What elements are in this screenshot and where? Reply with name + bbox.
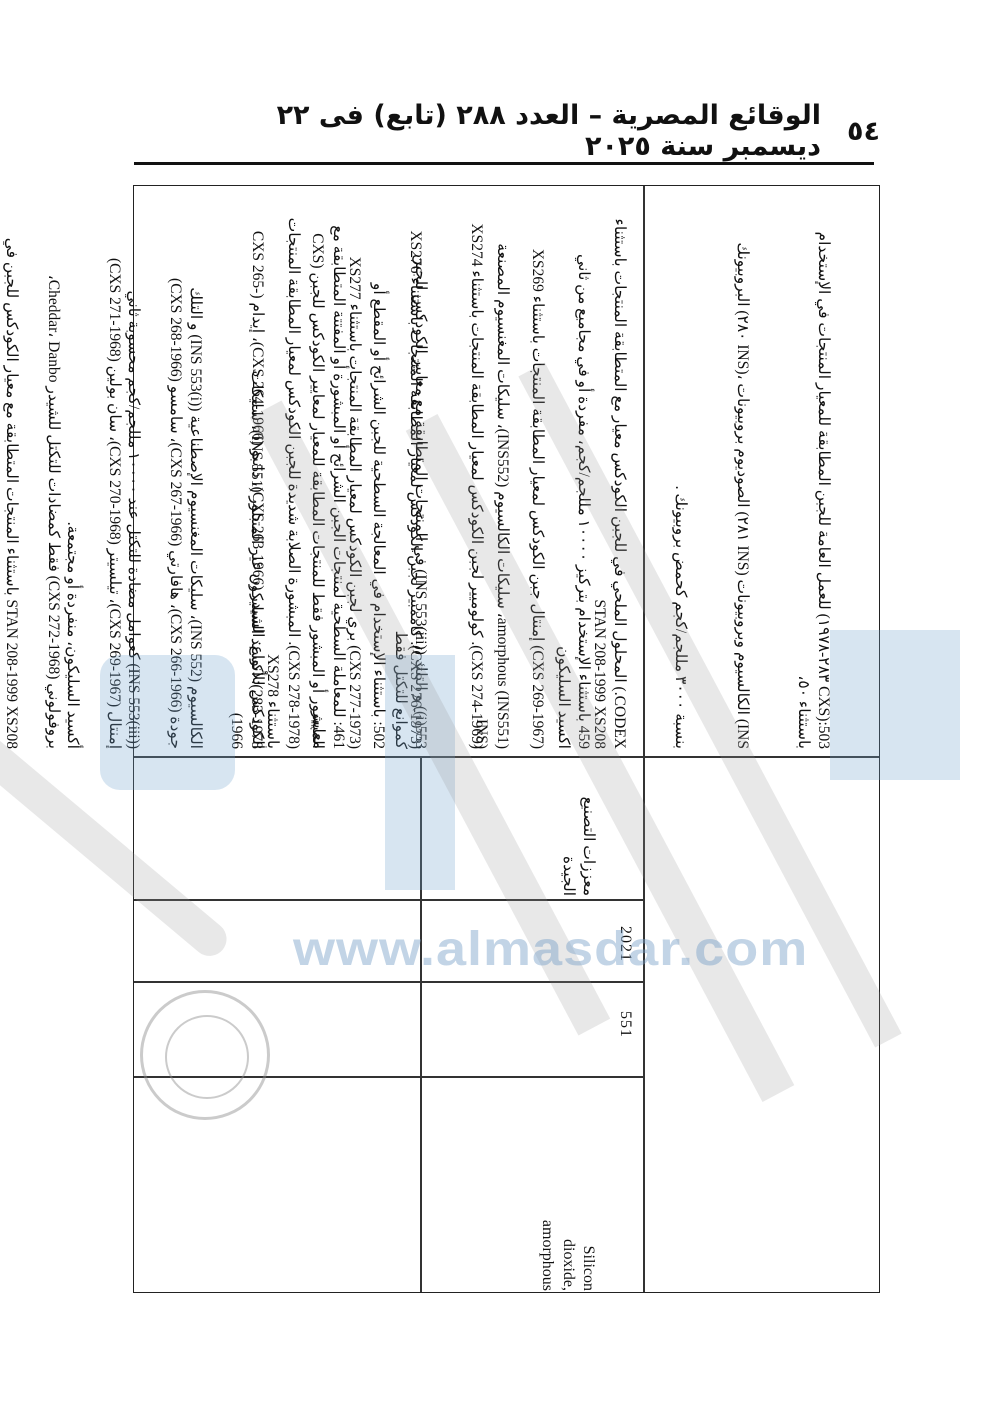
provision-line: أكسيد السليكون، منفردة أو مجتمعة.: [62, 214, 82, 749]
provision-line: 459 باستثناء الإستخدام بتركيز ١٠٠٠٠ مللج…: [552, 214, 593, 749]
additive-name: Silicon dioxide, amorphous: [537, 1191, 598, 1291]
provision-line: amorphous (INS551)، سليكات الكالسيوم (IN…: [471, 214, 512, 749]
year-cell: 2021: [616, 926, 634, 962]
additives-table: 503:(CXS ٢٨٣-١٩٧٨) للعمل العامة للجبن ال…: [133, 185, 880, 1293]
page-number: ٥٤: [847, 116, 880, 147]
provision-line: الكالسيوم (INS 552)، سليكات المغنسيوم ال…: [184, 214, 204, 749]
provision-line: 503:(CXS ٢٨٣-١٩٧٨) للعمل العامة للجبن ال…: [792, 214, 833, 749]
divider: [643, 756, 879, 758]
provision-line: 502: باستثناء الإستخدام في المعالجة السط…: [368, 214, 388, 749]
provision-line: بنسبة ٣٠٠٠ مللجم/كجم كحمض بروبيونك .: [670, 214, 690, 749]
provision-line: INS) الكالسيوم وبروبيونات (INS ٢٨١) الصو…: [731, 214, 751, 749]
provisions-cell-3: 502: باستثناء الإستخدام في المعالجة السط…: [149, 214, 429, 749]
provisions-cell-2: 459 باستثناء الإستخدام بتركيز ١٠٠٠٠ مللج…: [419, 214, 634, 749]
divider: [134, 1076, 643, 1078]
provision-line: (INS 553(iii)) كعوامل مضادة للتكتل عند ١…: [123, 214, 143, 749]
page-header: ٥٤ الوقائع المصرية – العدد ٢٨٨ (تابع) فى…: [190, 108, 880, 154]
provision-line: 283-1978): أكسيد السليكون غير المتبلور (…: [245, 214, 265, 749]
divider: [420, 756, 422, 1292]
ins-number-cell: 551: [616, 1011, 634, 1038]
provisions-cell-1: 503:(CXS ٢٨٣-١٩٧٨) للعمل العامة للجبن ال…: [634, 214, 874, 749]
gazette-title: الوقائع المصرية – العدد ٢٨٨ (تابع) فى ٢٢…: [190, 100, 821, 162]
functional-class: معززات التصنيع الجيدة: [557, 776, 598, 896]
divider: [134, 981, 643, 983]
header-rule: [134, 162, 874, 165]
divider: [134, 899, 643, 901]
provision-line: المبشور أو المبشور فقط للمنتجات المطابقة…: [307, 214, 327, 749]
functional-class-cell: معززات التصنيع الجيدة: [589, 776, 639, 896]
additive-name-cell: Silicon dioxide, amorphous: [579, 1191, 639, 1291]
provision-line: STAN 208-1999 XS208 باستثناء المنتجات ال…: [0, 214, 21, 749]
